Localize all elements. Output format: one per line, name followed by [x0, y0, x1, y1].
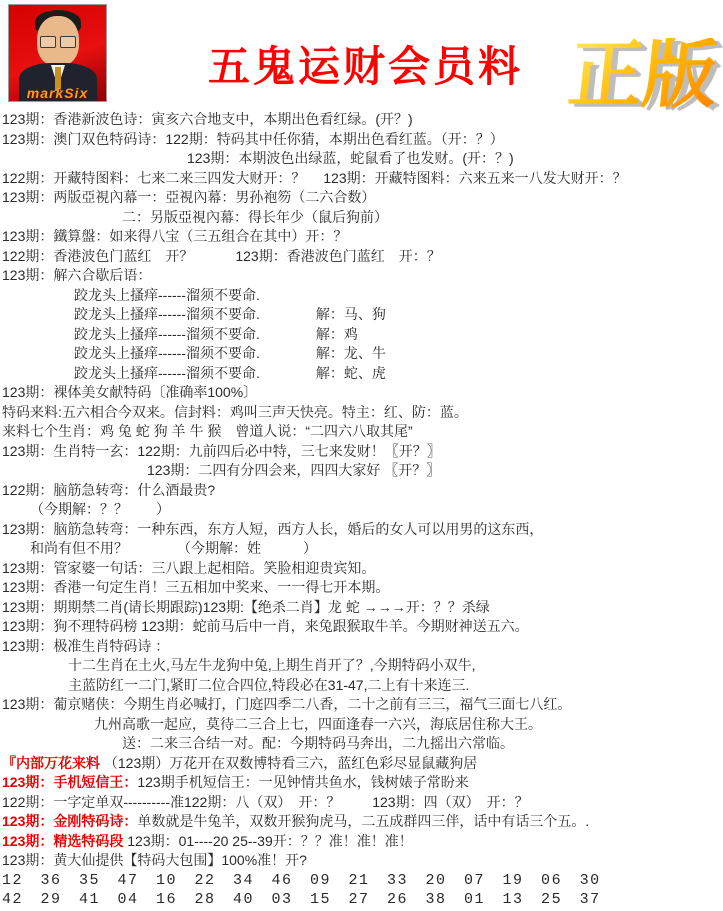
genuine-stamp: 正版	[565, 38, 721, 112]
text-line: 122期：一字定单双----------准122期：八（双） 开：？ 123期：…	[2, 793, 721, 813]
photo-caption: markSix	[9, 85, 106, 101]
line-text: 122期：开藏特图料：七来二来三四发大财开：？ 123期：开藏特图料：六来五来一…	[2, 170, 627, 186]
text-line: 123期：狗不理特码榜 123期：蛇前马后中一肖，来兔跟猴取牛羊。今期财神送五六…	[2, 617, 721, 637]
line-text: 123期手机短信王：一见钟情共鱼水，钱树婊子常盼来	[137, 774, 468, 790]
line-text: 123期：极准生肖特码诗 ：	[2, 638, 169, 654]
line-text: 123期：期期禁二肖(请长期跟踪)123期:【绝杀二肖】龙 蛇 →→→开：？？杀…	[2, 599, 490, 615]
text-line: 123期：手机短信王：123期手机短信王：一见钟情共鱼水，钱树婊子常盼来	[2, 773, 721, 793]
number-row: 42 29 41 04 16 28 40 03 15 27 26 38 01 1…	[2, 890, 721, 910]
glasses-icon	[40, 35, 76, 46]
text-line: 123期：脑筋急转弯：一种东西，东方人短，西方人长，婚后的女人可以用男的这东西，	[2, 520, 721, 540]
text-line: 跤龙头上搔痒------溜须不要命. 解：鸡	[2, 325, 721, 345]
line-text: 送：二来三合结一对。配：今期特码马奔出，二九摇出六常临。	[122, 735, 514, 751]
text-line: 跤龙头上搔痒------溜须不要命. 解：蛇、虎	[2, 364, 721, 384]
line-text: 123期：香港新波色诗：寅亥六合地支中，本期出色看红绿。(开？)	[2, 111, 413, 127]
text-line: 和尚有但不用？ （今期解：姓 ）	[2, 539, 721, 559]
line-text: 主蓝防红一二门,紧盯二位合四位,特段必在31-47,二上有十来连三.	[68, 677, 469, 693]
line-text: 123期：生肖特一玄：122期：九前四后必中特，三七来发财！〖开？〗	[2, 443, 441, 459]
text-line: 主蓝防红一二门,紧盯二位合四位,特段必在31-47,二上有十来连三.	[2, 676, 721, 696]
text-line: 特码来料:五六相合今双来。信封料：鸡叫三声天快亮。特主：红、防：蓝。	[2, 403, 721, 423]
text-line: 123期：解六合歇后语：	[2, 266, 721, 286]
text-line: 123期：期期禁二肖(请长期跟踪)123期:【绝杀二肖】龙 蛇 →→→开：？？杀…	[2, 598, 721, 618]
page-title: 五鬼运财会员料	[208, 34, 523, 94]
text-line: 122期：脑筋急转弯：什么酒最贵?	[2, 481, 721, 501]
text-line: 122期：香港波色门蓝红 开？ 123期：香港波色门蓝红 开：？	[2, 247, 721, 267]
line-text: 123期：香港一句定生肖！三五相加中奖来、一一得七开本期。	[2, 579, 389, 595]
line-text: 123期：两版亞視內幕一：亞視內幕：男孙袍笏（二六合数）	[2, 189, 375, 205]
line-text: （123期）万花开在双数博特看三六，蓝红色彩尽显鼠藏狗居	[100, 755, 477, 771]
line-text: 123期：脑筋急转弯：一种东西，东方人短，西方人长，婚后的女人可以用男的这东西，	[2, 521, 543, 537]
text-line: 来料七个生肖：鸡 兔 蛇 狗 羊 牛 猴 曾道人说：“二四六八取其尾”	[2, 422, 721, 442]
line-text: 122期：一字定单双----------准122期：八（双） 开：？ 123期：…	[2, 794, 529, 810]
red-label: 123期：手机短信王：	[2, 774, 137, 790]
line-text: 123期：狗不理特码榜 123期：蛇前马后中一肖，来兔跟猴取牛羊。今期财神送五六…	[2, 618, 529, 634]
text-line: 123期：黄大仙提供【特码大包围】100%准！开?	[2, 851, 721, 871]
line-text: 单数就是牛兔羊，双数开猴狗虎马，二五成群四三伴，话中有话三个五。.	[137, 813, 589, 829]
text-line: 123期：葡京赌侠：今期生肖必喊打，门庭四季二八香，二十之前有三三，福气三面七八…	[2, 695, 721, 715]
text-line: 『内部万花来料 （123期）万花开在双数博特看三六，蓝红色彩尽显鼠藏狗居	[2, 754, 721, 774]
text-line: 123期：金刚特码诗：单数就是牛兔羊，双数开猴狗虎马，二五成群四三伴，话中有话三…	[2, 812, 721, 832]
page-header: markSix 五鬼运财会员料 正版	[0, 0, 723, 108]
text-line: 123期：裸体美女献特码〔准确率100%〕	[2, 383, 721, 403]
text-line: 123期：生肖特一玄：122期：九前四后必中特，三七来发财！〖开？〗	[2, 442, 721, 462]
line-text: 123期：澳门双色特码诗：122期：特码其中任你猜，本期出色看红蓝。（开：？）	[2, 131, 504, 147]
line-text: 和尚有但不用？ （今期解：姓 ）	[30, 540, 317, 556]
text-line: 123期：极准生肖特码诗 ：	[2, 637, 721, 657]
line-text: 123期：二四有分四会来，四四大家好 〖开？〗	[147, 462, 440, 478]
line-text: 跤龙头上搔痒------溜须不要命. 解：龙、牛	[74, 345, 386, 361]
text-line: 二：另版亞視內幕：得长年少（鼠后狗前）	[2, 208, 721, 228]
line-text: 九州高歌一起应，莫待二三合上七，四面逢春一六兴，海底居住称大王。	[94, 716, 542, 732]
text-line: 123期：管家婆一句话：三八跟上起相陪。笑脸相迎贵宾知。	[2, 559, 721, 579]
text-line: 跤龙头上搔痒------溜须不要命. 解：马、狗	[2, 305, 721, 325]
portrait-photo: markSix	[8, 4, 107, 102]
text-line: 跤龙头上搔痒------溜须不要命. 解：龙、牛	[2, 344, 721, 364]
line-text: 123期：01----20 25--39开：？？准！准！准！	[123, 833, 412, 849]
line-text: 123期：本期波色出绿蓝，蛇鼠看了也发财。(开：？)	[187, 150, 514, 166]
line-text: 123期：葡京赌侠：今期生肖必喊打，门庭四季二八香，二十之前有三三，福气三面七八…	[2, 696, 571, 712]
text-line: 123期：两版亞視內幕一：亞視內幕：男孙袍笏（二六合数）	[2, 188, 721, 208]
red-label: 『内部万花来料	[2, 755, 100, 771]
text-line: 123期：精选特码段 123期：01----20 25--39开：？？准！准！准…	[2, 832, 721, 852]
line-text: 123期：管家婆一句话：三八跟上起相陪。笑脸相迎贵宾知。	[2, 560, 375, 576]
text-line: （今期解：？？ ）	[2, 500, 721, 520]
line-text: 特码来料:五六相合今双来。信封料：鸡叫三声天快亮。特主：红、防：蓝。	[2, 404, 468, 420]
line-text: （今期解：？？ ）	[30, 501, 170, 517]
line-text: 二：另版亞視內幕：得长年少（鼠后狗前）	[122, 209, 388, 225]
line-text: 跤龙头上搔痒------溜须不要命. 解：鸡	[74, 326, 358, 342]
line-text: 122期：香港波色门蓝红 开？ 123期：香港波色门蓝红 开：？	[2, 248, 441, 264]
red-label: 123期：金刚特码诗：	[2, 813, 137, 829]
line-text: 来料七个生肖：鸡 兔 蛇 狗 羊 牛 猴 曾道人说：“二四六八取其尾”	[2, 423, 413, 439]
red-label: 123期：精选特码段	[2, 833, 123, 849]
text-line: 123期：香港一句定生肖！三五相加中奖来、一一得七开本期。	[2, 578, 721, 598]
text-line: 123期：鐵算盤：如来得八宝（三五组合在其中）开：？	[2, 227, 721, 247]
text-line: 123期：澳门双色特码诗：122期：特码其中任你猜，本期出色看红蓝。（开：？）	[2, 130, 721, 150]
page: { "colors": { "red_label": "#e60000", "t…	[0, 0, 723, 911]
text-line: 122期：开藏特图料：七来二来三四发大财开：？ 123期：开藏特图料：六来五来一…	[2, 169, 721, 189]
content-lines: 123期：香港新波色诗：寅亥六合地支中，本期出色看红绿。(开？)123期：澳门双…	[2, 110, 721, 910]
text-line: 跤龙头上搔痒------溜须不要命.	[2, 286, 721, 306]
text-line: 送：二来三合结一对。配：今期特码马奔出，二九摇出六常临。	[2, 734, 721, 754]
text-line: 九州高歌一起应，莫待二三合上七，四面逢春一六兴，海底居住称大王。	[2, 715, 721, 735]
line-text: 跤龙头上搔痒------溜须不要命.	[74, 287, 260, 303]
line-text: 123期：黄大仙提供【特码大包围】100%准！开?	[2, 852, 307, 868]
text-line: 123期：二四有分四会来，四四大家好 〖开？〗	[2, 461, 721, 481]
number-row: 12 36 35 47 10 22 34 46 09 21 33 20 07 1…	[2, 871, 721, 891]
line-text: 跤龙头上搔痒------溜须不要命. 解：马、狗	[74, 306, 386, 322]
text-line: 十二生肖在土火,马左牛龙狗中兔,上期生肖开了？,今期特码小双牛,	[2, 656, 721, 676]
line-text: 123期：解六合歇后语：	[2, 267, 151, 283]
line-text: 122期：脑筋急转弯：什么酒最贵?	[2, 482, 215, 498]
text-line: 123期：本期波色出绿蓝，蛇鼠看了也发财。(开：？)	[2, 149, 721, 169]
line-text: 123期：鐵算盤：如来得八宝（三五组合在其中）开：？	[2, 228, 347, 244]
line-text: 12 36 35 47 10 22 34 46 09 21 33 20 07 1…	[2, 872, 601, 889]
line-text: 十二生肖在土火,马左牛龙狗中兔,上期生肖开了？,今期特码小双牛,	[68, 657, 476, 673]
line-text: 123期：裸体美女献特码〔准确率100%〕	[2, 384, 257, 400]
line-text: 42 29 41 04 16 28 40 03 15 27 26 38 01 1…	[2, 891, 601, 908]
line-text: 跤龙头上搔痒------溜须不要命. 解：蛇、虎	[74, 365, 386, 381]
